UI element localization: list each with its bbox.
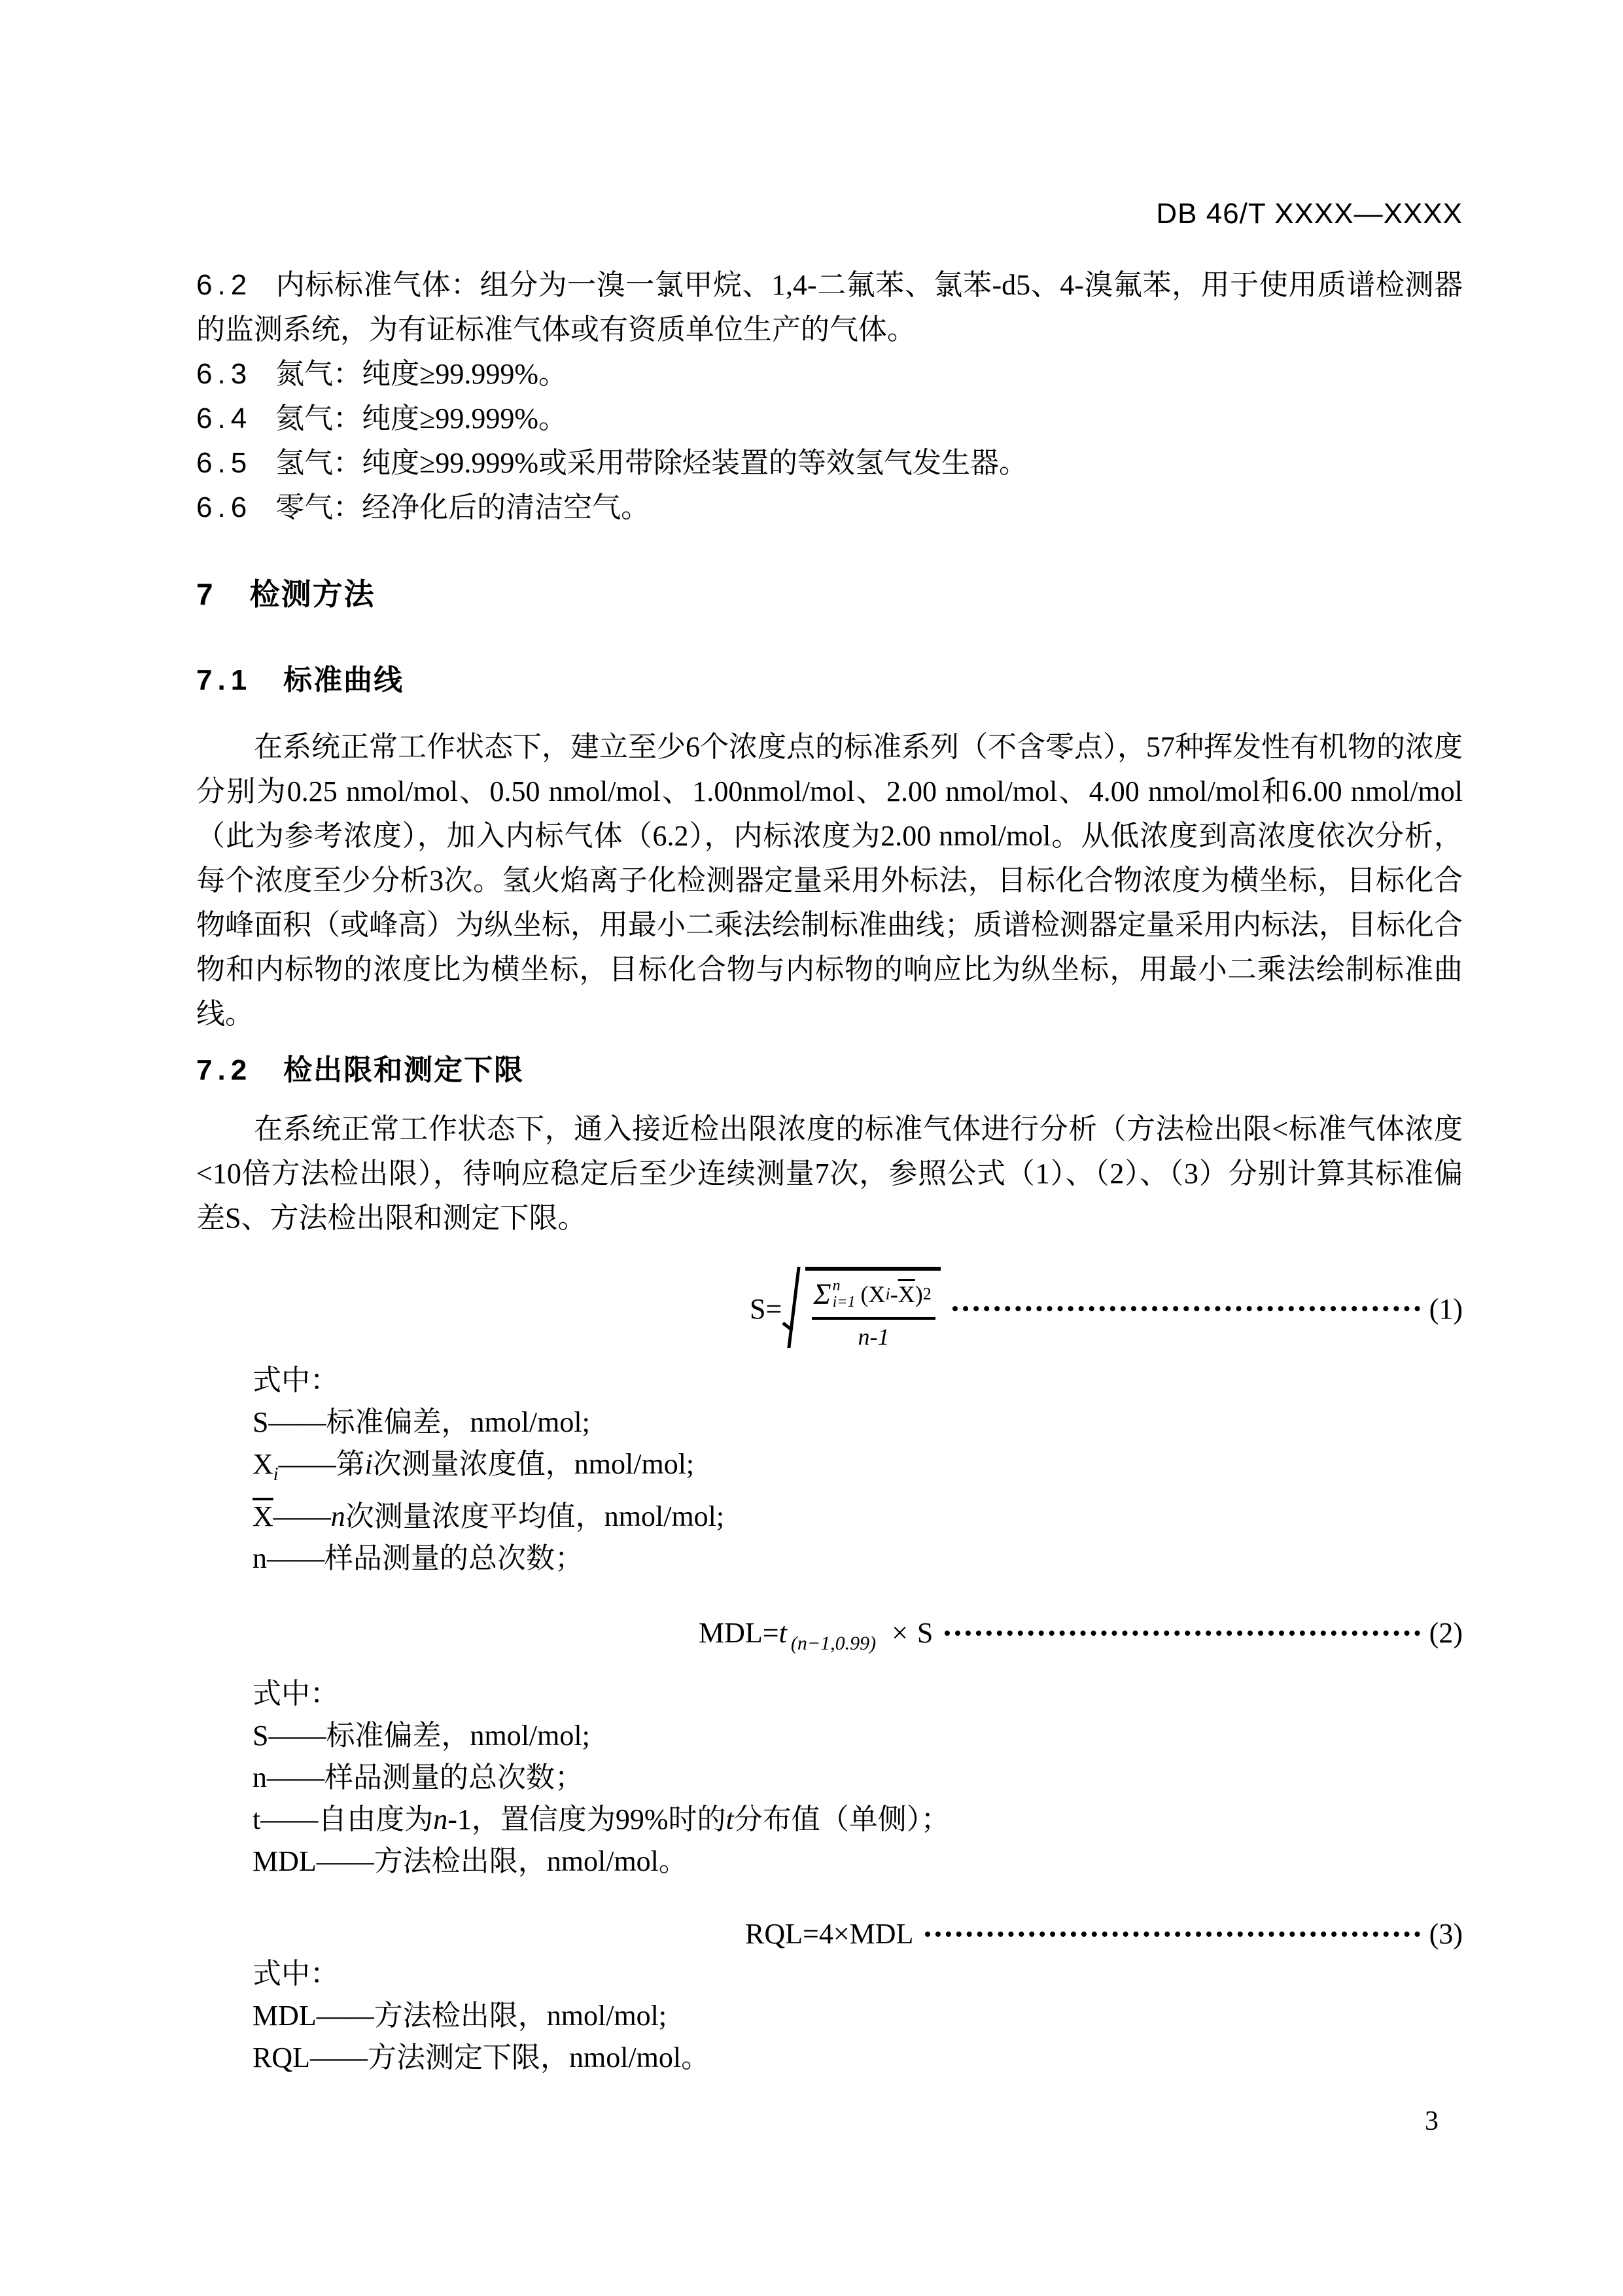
formula-3-number: (3) xyxy=(1429,1917,1463,1951)
legend-item-rql: RQL——方法测定下限，nmol/mol。 xyxy=(196,2037,1463,2079)
clause-6-4: 6.4氦气：纯度≥99.999%。 xyxy=(196,397,1463,441)
clause-6-6: 6.6零气：经净化后的清洁空气。 xyxy=(196,486,1463,530)
t-symbol: t xyxy=(779,1616,787,1650)
section-title: 检出限和测定下限 xyxy=(283,1054,524,1086)
section-7-1-heading: 7.1标准曲线 xyxy=(196,658,1463,703)
formula-2: MDL = t (n−1,0.99) × S (2) xyxy=(699,1616,1463,1650)
x-bar: X xyxy=(898,1281,915,1308)
t-subscript: (n−1,0.99) xyxy=(791,1633,876,1655)
legend-item-s: S——标准偏差，nmol/mol; xyxy=(196,1402,1463,1443)
clause-text: 零气：经净化后的清洁空气。 xyxy=(275,491,650,523)
clause-text: 氮气：纯度≥99.999%。 xyxy=(275,358,567,390)
radical-sign-icon xyxy=(782,1267,805,1351)
legend-item-xbar: X——n次测量浓度平均值，nmol/mol; xyxy=(196,1496,1463,1538)
clause-6-3: 6.3氮气：纯度≥99.999%。 xyxy=(196,352,1463,397)
clause-text: 氦气：纯度≥99.999%。 xyxy=(275,402,567,434)
legend-item-n: n——样品测量的总次数； xyxy=(196,1538,1463,1580)
sigma-symbol: Σ xyxy=(813,1277,831,1312)
clause-text: 氢气：纯度≥99.999%或采用带除烃装置的等效氢气发生器。 xyxy=(275,447,1028,479)
formula-3-expression: RQL=4×MDL xyxy=(745,1917,913,1951)
formula-3-legend: 式中： MDL——方法检出限，nmol/mol; RQL——方法测定下限，nmo… xyxy=(196,1953,1463,2079)
legend-item-xi: Xi——第i次测量浓度值，nmol/mol; xyxy=(196,1443,1463,1496)
clause-number: 6.6 xyxy=(196,491,252,523)
fraction-denominator: n-1 xyxy=(858,1320,890,1351)
dotted-leader xyxy=(925,1932,1420,1937)
legend-item-mdl: MDL——方法检出限，nmol/mol; xyxy=(196,1995,1463,2037)
section-number: 7 xyxy=(196,577,218,611)
doc-code: DB 46/T XXXX—XXXX xyxy=(1156,198,1463,230)
dotted-leader xyxy=(945,1631,1420,1636)
section-7-1-paragraph: 在系统正常工作状态下，建立至少6个浓度点的标准系列（不含零点），57种挥发性有机… xyxy=(196,725,1463,1036)
clause-number: 6.4 xyxy=(196,402,252,434)
legend-title: 式中： xyxy=(196,1953,1463,1995)
legend-title: 式中： xyxy=(196,1673,1463,1715)
times-sign: × xyxy=(892,1616,908,1650)
sigma-upper: n xyxy=(833,1278,841,1294)
legend-item-n: n——样品测量的总次数； xyxy=(196,1757,1463,1799)
formula-1-lhs: S= xyxy=(750,1292,782,1326)
s-symbol: S xyxy=(917,1616,933,1650)
legend-item-mdl: MDL——方法检出限，nmol/mol。 xyxy=(196,1841,1463,1882)
formula-1-number: (1) xyxy=(1429,1292,1463,1326)
page-header: DB 46/T XXXX—XXXX xyxy=(196,196,1463,232)
clause-number: 6.2 xyxy=(196,269,252,301)
legend-item-s: S——标准偏差，nmol/mol; xyxy=(196,1715,1463,1757)
formula-1-legend: 式中： S——标准偏差，nmol/mol; Xi——第i次测量浓度值，nmol/… xyxy=(196,1360,1463,1580)
square-root: Σ n i=1 (Xi-X)2 n-1 xyxy=(782,1267,940,1351)
legend-item-t: t——自由度为n-1，置信度为99%时的t分布值（单侧）； xyxy=(196,1799,1463,1841)
fraction-numerator: Σ n i=1 (Xi-X)2 xyxy=(812,1277,935,1320)
section-number: 7.2 xyxy=(196,1054,252,1086)
formula-1: S= Σ n i=1 (Xi-X)2 n-1 (1) xyxy=(750,1267,1463,1351)
legend-title: 式中： xyxy=(196,1360,1463,1402)
formula-2-number: (2) xyxy=(1429,1616,1463,1650)
section-number: 7.1 xyxy=(196,664,252,696)
section-title: 检测方法 xyxy=(250,577,375,611)
formula-3: RQL=4×MDL (3) xyxy=(745,1917,1463,1951)
clause-text: 内标标准气体：组分为一溴一氯甲烷、1,4-二氟苯、氯苯-d5、4-溴氟苯，用于使… xyxy=(196,269,1463,345)
section-7-heading: 7检测方法 xyxy=(196,572,1463,616)
clause-6-2: 6.2内标标准气体：组分为一溴一氯甲烷、1,4-二氟苯、氯苯-d5、4-溴氟苯，… xyxy=(196,263,1463,352)
dotted-leader xyxy=(952,1306,1420,1311)
section-title: 标准曲线 xyxy=(283,664,404,696)
section-7-2-heading: 7.2检出限和测定下限 xyxy=(196,1048,1463,1093)
sigma-lower: i=1 xyxy=(833,1294,856,1311)
clause-6-5: 6.5氢气：纯度≥99.999%或采用带除烃装置的等效氢气发生器。 xyxy=(196,441,1463,486)
section-7-2-paragraph: 在系统正常工作状态下，通入接近检出限浓度的标准气体进行分析（方法检出限<标准气体… xyxy=(196,1107,1463,1241)
formula-2-lhs: MDL xyxy=(699,1616,763,1650)
document-page: DB 46/T XXXX—XXXX 6.2内标标准气体：组分为一溴一氯甲烷、1,… xyxy=(0,0,1623,2296)
clause-number: 6.5 xyxy=(196,447,252,479)
page-number: 3 xyxy=(1425,2106,1439,2137)
fraction: Σ n i=1 (Xi-X)2 n-1 xyxy=(812,1277,935,1351)
clause-number: 6.3 xyxy=(196,358,252,390)
formula-2-legend: 式中： S——标准偏差，nmol/mol; n——样品测量的总次数； t——自由… xyxy=(196,1673,1463,1882)
